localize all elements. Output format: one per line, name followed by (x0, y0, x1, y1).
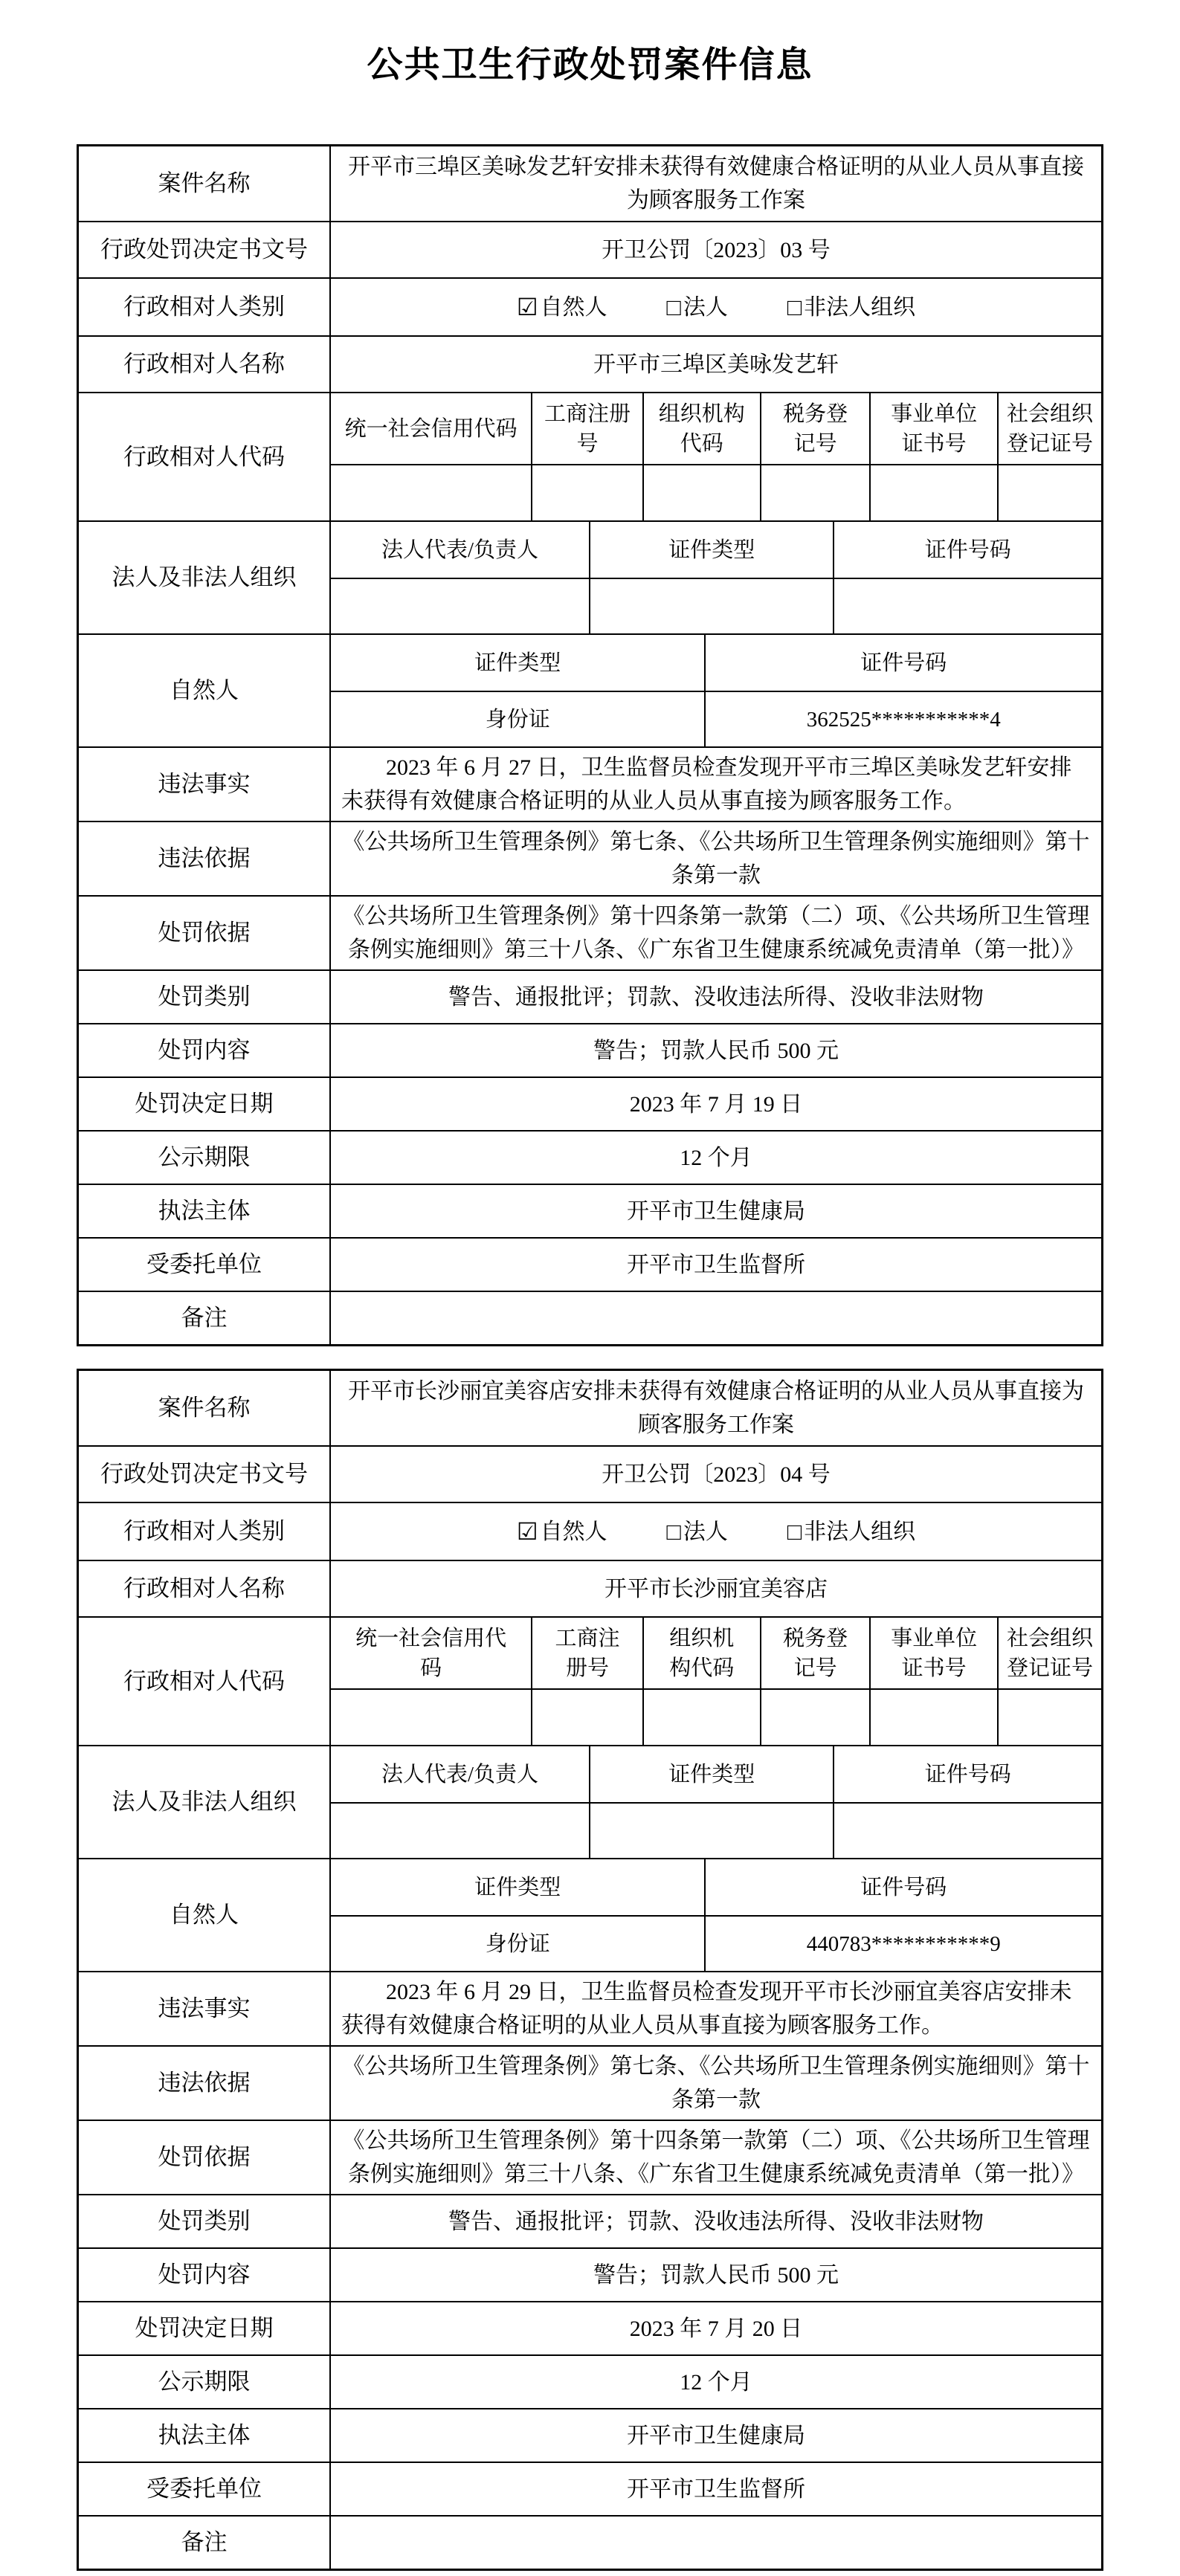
natural-person-grid: 证件类型 证件号码 身份证 440783***********9 (329, 1859, 1101, 1971)
option-label: 自然人 (541, 291, 607, 324)
code-value (642, 1690, 761, 1745)
cert-no-value (833, 579, 1101, 633)
code-value (331, 465, 531, 520)
checkbox-checked-icon: ☑ (517, 291, 538, 324)
row-legal-org: 法人及非法人组织 法人代表/负责人 证件类型 证件号码 (79, 520, 1101, 633)
case-name-value: 开平市长沙丽宜美容店安排未获得有效健康合格证明的从业人员从事直接为顾客服务工作案 (329, 1371, 1101, 1445)
decision-doc-no-value: 开卫公罚〔2023〕04 号 (329, 1447, 1101, 1502)
penalty-content-value: 警告；罚款人民币 500 元 (329, 1024, 1101, 1076)
natural-person-value-row: 身份证 440783***********9 (331, 1915, 1101, 1971)
code-value (331, 1690, 531, 1745)
row-label: 法人及非法人组织 (79, 522, 329, 633)
row-label: 行政处罚决定书文号 (79, 222, 329, 277)
row-entrusted-unit: 受委托单位 开平市卫生监督所 (79, 1237, 1101, 1291)
party-code-header-row: 统一社会信用代码 工商注册 号 组织机构 代码 税务登 记号 事业单位 证书号 … (331, 393, 1101, 464)
row-case-name: 案件名称 开平市长沙丽宜美容店安排未获得有效健康合格证明的从业人员从事直接为顾客… (79, 1371, 1101, 1445)
party-type-options: ☑自然人 □法人 □非法人组织 (341, 1515, 1091, 1549)
row-legal-org: 法人及非法人组织 法人代表/负责人 证件类型 证件号码 (79, 1745, 1101, 1858)
code-value (997, 1690, 1101, 1745)
row-illegal-facts: 违法事实 2023 年 6 月 27 日，卫生监督员检查发现开平市三埠区美咏发艺… (79, 746, 1101, 821)
row-remarks: 备注 (79, 1291, 1101, 1344)
row-label: 行政相对人类别 (79, 1503, 329, 1560)
cert-type-header: 证件类型 (331, 1859, 704, 1915)
cert-no-header: 证件号码 (833, 1746, 1101, 1802)
cert-no-header: 证件号码 (704, 635, 1101, 691)
remarks-value (329, 2517, 1101, 2569)
code-header-credit: 统一社会信用代码 (331, 393, 531, 464)
party-code-grid: 统一社会信用代码 工商注册 号 组织机构 代码 税务登 记号 事业单位 证书号 … (329, 393, 1101, 520)
row-label: 处罚类别 (79, 971, 329, 1023)
row-case-name: 案件名称 开平市三埠区美咏发艺轩安排未获得有效健康合格证明的从业人员从事直接为顾… (79, 146, 1101, 221)
illegal-basis-value: 《公共场所卫生管理条例》第七条、《公共场所卫生管理条例实施细则》第十条第一款 (329, 2047, 1101, 2120)
penalty-category-value: 警告、通报批评；罚款、没收违法所得、没收非法财物 (329, 971, 1101, 1023)
row-penalty-date: 处罚决定日期 2023 年 7 月 19 日 (79, 1076, 1101, 1130)
party-code-value-row (331, 1688, 1101, 1745)
option-unincorporated-org: □非法人组织 (787, 291, 915, 324)
cert-no-header: 证件号码 (704, 1859, 1101, 1915)
legal-rep-header: 法人代表/负责人 (331, 522, 589, 578)
decision-doc-no-value: 开卫公罚〔2023〕03 号 (329, 222, 1101, 277)
row-label: 备注 (79, 1292, 329, 1344)
row-penalty-content: 处罚内容 警告；罚款人民币 500 元 (79, 1023, 1101, 1076)
row-label: 案件名称 (79, 146, 329, 221)
cert-no-header: 证件号码 (833, 522, 1101, 578)
row-label: 案件名称 (79, 1371, 329, 1445)
row-party-type: 行政相对人类别 ☑自然人 □法人 □非法人组织 (79, 277, 1101, 335)
row-label: 行政相对人类别 (79, 279, 329, 335)
code-value (760, 1690, 869, 1745)
code-value (869, 465, 997, 520)
code-header-social-org-reg: 社会组织 登记证号 (997, 393, 1101, 464)
row-party-type: 行政相对人类别 ☑自然人 □法人 □非法人组织 (79, 1502, 1101, 1560)
cert-no-value (833, 1804, 1101, 1858)
option-label: 非法人组织 (804, 291, 915, 324)
row-label: 处罚内容 (79, 1024, 329, 1076)
row-label: 处罚依据 (79, 2121, 329, 2194)
option-legal-person: □法人 (667, 291, 728, 324)
code-value (642, 465, 761, 520)
row-party-name: 行政相对人名称 开平市长沙丽宜美容店 (79, 1560, 1101, 1616)
party-type-value: ☑自然人 □法人 □非法人组织 (329, 1503, 1101, 1560)
penalty-basis-value: 《公共场所卫生管理条例》第十四条第一款第（二）项、《公共场所卫生管理条例实施细则… (329, 2121, 1101, 2194)
option-label: 非法人组织 (804, 1515, 915, 1549)
penalty-content-value: 警告；罚款人民币 500 元 (329, 2249, 1101, 2301)
enforcement-body-value: 开平市卫生健康局 (329, 2409, 1101, 2462)
row-label: 违法依据 (79, 822, 329, 895)
row-label: 执法主体 (79, 1185, 329, 1237)
row-publicity-period: 公示期限 12 个月 (79, 1130, 1101, 1184)
row-publicity-period: 公示期限 12 个月 (79, 2354, 1101, 2408)
option-label: 自然人 (541, 1515, 607, 1549)
code-header-business-reg: 工商注册 号 (531, 393, 642, 464)
row-enforcement-body: 执法主体 开平市卫生健康局 (79, 1184, 1101, 1237)
row-party-code: 行政相对人代码 统一社会信用代码 工商注册 号 组织机构 代码 税务登 记号 事… (79, 392, 1101, 520)
checkbox-checked-icon: ☑ (517, 1515, 538, 1549)
penalty-date-value: 2023 年 7 月 20 日 (329, 2302, 1101, 2354)
illegal-basis-value: 《公共场所卫生管理条例》第七条、《公共场所卫生管理条例实施细则》第十条第一款 (329, 822, 1101, 895)
checkbox-unchecked-icon: □ (667, 291, 681, 324)
code-value (531, 1690, 642, 1745)
code-header-tax-reg: 税务登 记号 (760, 1618, 869, 1688)
illegal-facts-text: 2023 年 6 月 27 日，卫生监督员检查发现开平市三埠区美咏发艺轩安排未获… (341, 751, 1091, 818)
case-name-value: 开平市三埠区美咏发艺轩安排未获得有效健康合格证明的从业人员从事直接为顾客服务工作… (329, 146, 1101, 221)
legal-org-value-row (331, 578, 1101, 633)
code-header-credit: 统一社会信用代 码 (331, 1618, 531, 1688)
legal-org-grid: 法人代表/负责人 证件类型 证件号码 (329, 1746, 1101, 1858)
natural-person-header-row: 证件类型 证件号码 (331, 635, 1101, 691)
code-header-institution-cert: 事业单位 证书号 (869, 393, 997, 464)
legal-org-grid: 法人代表/负责人 证件类型 证件号码 (329, 522, 1101, 633)
row-label: 受委托单位 (79, 1239, 329, 1291)
party-type-value: ☑自然人 □法人 □非法人组织 (329, 279, 1101, 335)
row-label: 自然人 (79, 635, 329, 746)
cert-type-header: 证件类型 (589, 522, 833, 578)
row-label: 违法事实 (79, 748, 329, 821)
row-label: 公示期限 (79, 2356, 329, 2408)
penalty-category-value: 警告、通报批评；罚款、没收违法所得、没收非法财物 (329, 2195, 1101, 2247)
entrusted-unit-value: 开平市卫生监督所 (329, 2463, 1101, 2515)
penalty-basis-value: 《公共场所卫生管理条例》第十四条第一款第（二）项、《公共场所卫生管理条例实施细则… (329, 897, 1101, 969)
party-name-value: 开平市长沙丽宜美容店 (329, 1561, 1101, 1616)
row-label: 备注 (79, 2517, 329, 2569)
page-title: 公共卫生行政处罚案件信息 (0, 42, 1180, 89)
row-party-name: 行政相对人名称 开平市三埠区美咏发艺轩 (79, 335, 1101, 392)
cert-no-value: 440783***********9 (704, 1917, 1101, 1971)
row-penalty-date: 处罚决定日期 2023 年 7 月 20 日 (79, 2301, 1101, 2354)
row-penalty-basis: 处罚依据 《公共场所卫生管理条例》第十四条第一款第（二）项、《公共场所卫生管理条… (79, 895, 1101, 969)
legal-rep-header: 法人代表/负责人 (331, 1746, 589, 1802)
row-penalty-content: 处罚内容 警告；罚款人民币 500 元 (79, 2247, 1101, 2301)
cert-type-value: 身份证 (331, 1917, 704, 1971)
legal-org-value-row (331, 1802, 1101, 1858)
row-label: 处罚决定日期 (79, 2302, 329, 2354)
option-unincorporated-org: □非法人组织 (787, 1515, 915, 1549)
row-party-code: 行政相对人代码 统一社会信用代 码 工商注 册号 组织机 构代码 税务登 记号 … (79, 1616, 1101, 1745)
row-label: 处罚依据 (79, 897, 329, 969)
party-code-value-row (331, 464, 1101, 520)
cert-type-header: 证件类型 (589, 1746, 833, 1802)
checkbox-unchecked-icon: □ (787, 291, 802, 324)
party-name-value: 开平市三埠区美咏发艺轩 (329, 337, 1101, 392)
document-page: 公共卫生行政处罚案件信息 案件名称 开平市三埠区美咏发艺轩安排未获得有效健康合格… (0, 0, 1180, 2576)
illegal-facts-value: 2023 年 6 月 29 日，卫生监督员检查发现开平市长沙丽宜美容店安排未获得… (329, 1972, 1101, 2045)
cert-type-value (589, 579, 833, 633)
row-penalty-basis: 处罚依据 《公共场所卫生管理条例》第十四条第一款第（二）项、《公共场所卫生管理条… (79, 2120, 1101, 2194)
row-label: 执法主体 (79, 2409, 329, 2462)
legal-org-header-row: 法人代表/负责人 证件类型 证件号码 (331, 1746, 1101, 1802)
row-label: 行政相对人名称 (79, 337, 329, 392)
row-label: 自然人 (79, 1859, 329, 1971)
natural-person-grid: 证件类型 证件号码 身份证 362525***********4 (329, 635, 1101, 746)
code-header-social-org-reg: 社会组织 登记证号 (997, 1618, 1101, 1688)
cert-no-value: 362525***********4 (704, 692, 1101, 746)
row-label: 违法事实 (79, 1972, 329, 2045)
remarks-value (329, 1292, 1101, 1344)
code-value (997, 465, 1101, 520)
option-natural-person: ☑自然人 (517, 291, 607, 324)
checkbox-unchecked-icon: □ (787, 1515, 802, 1549)
party-type-options: ☑自然人 □法人 □非法人组织 (341, 291, 1091, 324)
row-label: 处罚内容 (79, 2249, 329, 2301)
code-value (531, 465, 642, 520)
code-header-org-code: 组织机 构代码 (642, 1618, 761, 1688)
checkbox-unchecked-icon: □ (667, 1515, 681, 1549)
natural-person-value-row: 身份证 362525***********4 (331, 691, 1101, 746)
row-label: 法人及非法人组织 (79, 1746, 329, 1858)
illegal-facts-value: 2023 年 6 月 27 日，卫生监督员检查发现开平市三埠区美咏发艺轩安排未获… (329, 748, 1101, 821)
code-header-institution-cert: 事业单位 证书号 (869, 1618, 997, 1688)
row-penalty-category: 处罚类别 警告、通报批评；罚款、没收违法所得、没收非法财物 (79, 969, 1101, 1023)
row-decision-doc-no: 行政处罚决定书文号 开卫公罚〔2023〕03 号 (79, 221, 1101, 277)
entrusted-unit-value: 开平市卫生监督所 (329, 1239, 1101, 1291)
cert-type-header: 证件类型 (331, 635, 704, 691)
row-natural-person: 自然人 证件类型 证件号码 身份证 362525***********4 (79, 633, 1101, 746)
row-penalty-category: 处罚类别 警告、通报批评；罚款、没收违法所得、没收非法财物 (79, 2194, 1101, 2247)
row-illegal-facts: 违法事实 2023 年 6 月 29 日，卫生监督员检查发现开平市长沙丽宜美容店… (79, 1971, 1101, 2045)
row-decision-doc-no: 行政处罚决定书文号 开卫公罚〔2023〕04 号 (79, 1445, 1101, 1502)
code-header-tax-reg: 税务登 记号 (760, 393, 869, 464)
row-illegal-basis: 违法依据 《公共场所卫生管理条例》第七条、《公共场所卫生管理条例实施细则》第十条… (79, 2045, 1101, 2120)
cert-type-value: 身份证 (331, 692, 704, 746)
natural-person-header-row: 证件类型 证件号码 (331, 1859, 1101, 1915)
row-label: 行政相对人代码 (79, 393, 329, 520)
row-enforcement-body: 执法主体 开平市卫生健康局 (79, 2408, 1101, 2462)
case-table-2: 案件名称 开平市长沙丽宜美容店安排未获得有效健康合格证明的从业人员从事直接为顾客… (77, 1369, 1103, 2571)
code-header-org-code: 组织机构 代码 (642, 393, 761, 464)
row-label: 违法依据 (79, 2047, 329, 2120)
row-illegal-basis: 违法依据 《公共场所卫生管理条例》第七条、《公共场所卫生管理条例实施细则》第十条… (79, 821, 1101, 895)
row-label: 处罚类别 (79, 2195, 329, 2247)
legal-rep-value (331, 1804, 589, 1858)
row-label: 公示期限 (79, 1132, 329, 1184)
option-natural-person: ☑自然人 (517, 1515, 607, 1549)
code-header-business-reg: 工商注 册号 (531, 1618, 642, 1688)
row-label: 行政相对人代码 (79, 1618, 329, 1745)
legal-org-header-row: 法人代表/负责人 证件类型 证件号码 (331, 522, 1101, 578)
cert-type-value (589, 1804, 833, 1858)
code-value (869, 1690, 997, 1745)
publicity-period-value: 12 个月 (329, 1132, 1101, 1184)
option-legal-person: □法人 (667, 1515, 728, 1549)
party-code-header-row: 统一社会信用代 码 工商注 册号 组织机 构代码 税务登 记号 事业单位 证书号… (331, 1618, 1101, 1688)
publicity-period-value: 12 个月 (329, 2356, 1101, 2408)
penalty-date-value: 2023 年 7 月 19 日 (329, 1078, 1101, 1130)
legal-rep-value (331, 579, 589, 633)
option-label: 法人 (683, 291, 728, 324)
code-value (760, 465, 869, 520)
case-table-1: 案件名称 开平市三埠区美咏发艺轩安排未获得有效健康合格证明的从业人员从事直接为顾… (77, 144, 1103, 1346)
illegal-facts-text: 2023 年 6 月 29 日，卫生监督员检查发现开平市长沙丽宜美容店安排未获得… (341, 1975, 1091, 2042)
enforcement-body-value: 开平市卫生健康局 (329, 1185, 1101, 1237)
row-label: 处罚决定日期 (79, 1078, 329, 1130)
row-natural-person: 自然人 证件类型 证件号码 身份证 440783***********9 (79, 1858, 1101, 1971)
row-remarks: 备注 (79, 2515, 1101, 2569)
row-label: 行政相对人名称 (79, 1561, 329, 1616)
option-label: 法人 (683, 1515, 728, 1549)
party-code-grid: 统一社会信用代 码 工商注 册号 组织机 构代码 税务登 记号 事业单位 证书号… (329, 1618, 1101, 1745)
row-label: 行政处罚决定书文号 (79, 1447, 329, 1502)
row-label: 受委托单位 (79, 2463, 329, 2515)
row-entrusted-unit: 受委托单位 开平市卫生监督所 (79, 2462, 1101, 2515)
